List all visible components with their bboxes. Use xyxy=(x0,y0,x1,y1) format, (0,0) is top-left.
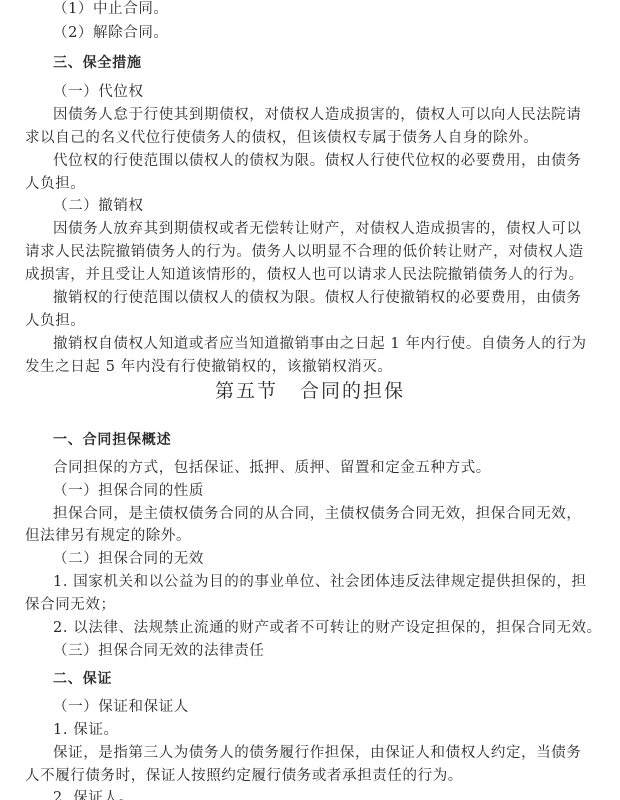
subheading: （二）担保合同的无效 xyxy=(0,550,620,568)
heading-baoquan: 三、保全措施 xyxy=(0,54,620,72)
section-number: 第五节 xyxy=(215,380,278,402)
paragraph-line: 代位权的行使范围以债权人的债权为限。债权人行使代位权的必要费用，由债务 xyxy=(0,152,620,170)
paragraph-line: 人负担。 xyxy=(0,175,620,193)
paragraph-line: 保合同无效； xyxy=(0,596,620,614)
paragraph-line: 撤销权自债权人知道或者应当知道撤销事由之日起 1 年内行使。自债务人的行为 xyxy=(0,335,620,353)
subheading: （二）撤销权 xyxy=(0,197,620,215)
paragraph-line: 担保合同，是主债权债务合同的从合同，主债权债务合同无效，担保合同无效， xyxy=(0,505,620,523)
subheading: （一）保证和保证人 xyxy=(0,698,620,716)
section-title: 第五节合同的担保 xyxy=(0,382,620,400)
paragraph-line: 保证，是指第三人为债务人的债务履行作担保，由保证人和债权人约定，当债务 xyxy=(0,744,620,762)
paragraph-line: （2）解除合同。 xyxy=(0,24,620,42)
paragraph-line: 成损害，并且受让人知道该情形的，债权人也可以请求人民法院撤销债务人的行为。 xyxy=(0,266,620,284)
subheading: （一）担保合同的性质 xyxy=(0,482,620,500)
paragraph-line: 人负担。 xyxy=(0,312,620,330)
heading-guarantee: 二、保证 xyxy=(0,670,620,688)
paragraph-line: 1. 保证。 xyxy=(0,721,620,739)
paragraph-line: 合同担保的方式，包括保证、抵押、质押、留置和定金五种方式。 xyxy=(0,459,620,477)
paragraph-line: 1. 国家机关和以公益为目的的事业单位、社会团体违反法律规定提供担保的，担 xyxy=(0,573,620,591)
subheading: （一）代位权 xyxy=(0,83,620,101)
paragraph-line: 求以自己的名义代位行使债务人的债权，但该债权专属于债务人自身的除外。 xyxy=(0,129,620,147)
paragraph-line: 因债务人放弃其到期债权或者无偿转让财产，对债权人造成损害的，债权人可以 xyxy=(0,220,620,238)
section-name: 合同的担保 xyxy=(300,380,405,402)
paragraph-line: 2. 以法律、法规禁止流通的财产或者不可转让的财产设定担保的，担保合同无效。 xyxy=(0,619,620,637)
paragraph-line: 撤销权的行使范围以债权人的债权为限。债权人行使撤销权的必要费用，由债务 xyxy=(0,289,620,307)
paragraph-line: 但法律另有规定的除外。 xyxy=(0,527,620,545)
paragraph-line: 请求人民法院撤销债务人的行为。债务人以明显不合理的低价转让财产，对债权人造 xyxy=(0,243,620,261)
paragraph-line: （1）中止合同。 xyxy=(0,0,620,18)
subheading: （三）担保合同无效的法律责任 xyxy=(0,642,620,660)
paragraph-line: 2. 保证人。 xyxy=(0,789,620,800)
heading-overview: 一、合同担保概述 xyxy=(0,431,620,449)
paragraph-line: 发生之日起 5 年内没有行使撤销权的，该撤销权消灭。 xyxy=(0,358,620,376)
paragraph-line: 因债务人怠于行使其到期债权，对债权人造成损害的，债权人可以向人民法院请 xyxy=(0,106,620,124)
paragraph-line: 人不履行债务时，保证人按照约定履行债务或者承担责任的行为。 xyxy=(0,767,620,785)
